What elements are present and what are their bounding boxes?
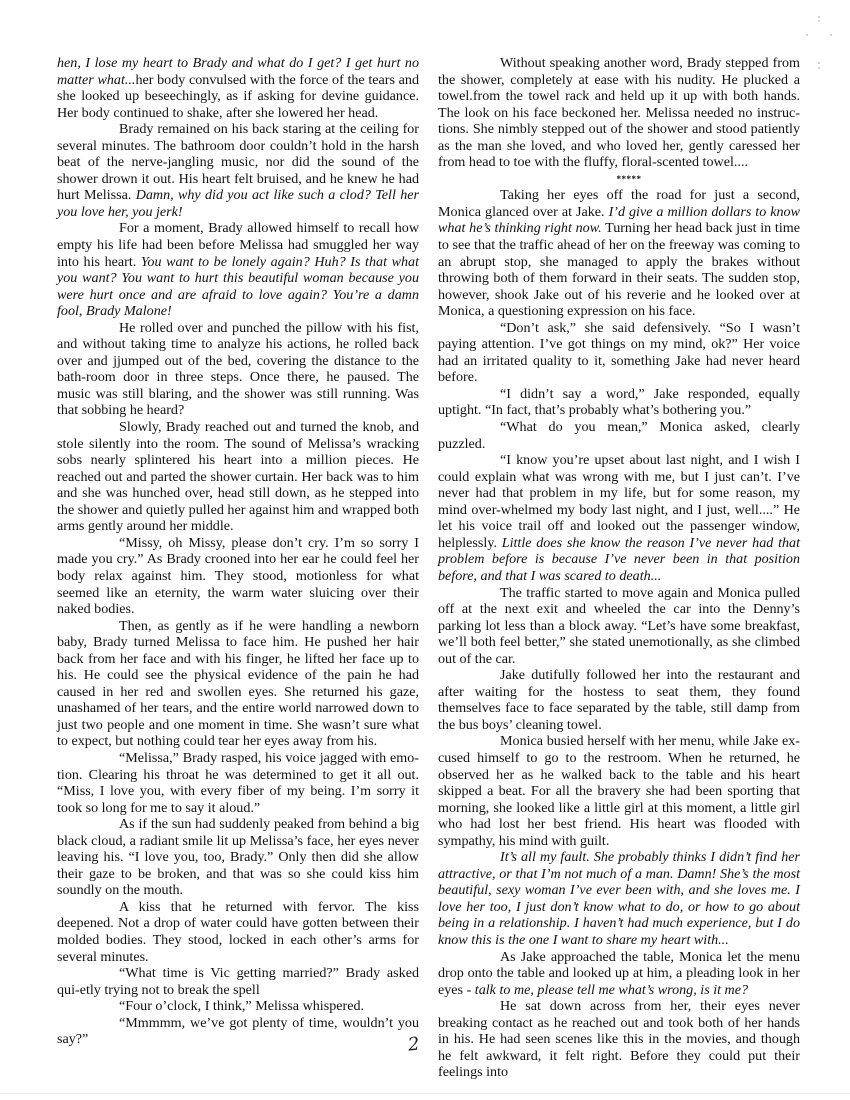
scan-bottom-edge <box>0 1093 850 1094</box>
body-text: Jake dutifully followed her into the res… <box>438 667 800 733</box>
page-number: 2 <box>407 1033 421 1055</box>
paragraph: A kiss that he returned with fervor. The… <box>57 899 419 965</box>
body-text: As if the sun had suddenly peaked from b… <box>57 816 419 898</box>
body-text: “Missy, oh Missy, please don’t cry. I’m … <box>57 535 419 617</box>
body-text: “What do you mean,” Monica asked, clearl… <box>438 419 800 452</box>
body-text: He sat down across from her, their eyes … <box>438 998 800 1080</box>
body-text: He rolled over and punched the pillow wi… <box>57 320 419 419</box>
italic-text: talk to me, please tell me what’s wrong,… <box>475 982 748 998</box>
body-text: The traffic started to move again and Mo… <box>438 585 800 667</box>
left-column: hen, I lose my heart to Brady and what d… <box>57 55 419 1048</box>
paragraph: “I didn’t say a word,” Jake responded, e… <box>438 386 800 419</box>
paragraph: “Missy, oh Missy, please don’t cry. I’m … <box>57 535 419 618</box>
body-text: “Don’t ask,” she said defensively. “So I… <box>438 320 800 386</box>
body-text: “Four o’clock, I think,” Melissa whisper… <box>119 998 364 1014</box>
body-text: “What time is Vic getting married?” Brad… <box>57 965 419 998</box>
paragraph: “Don’t ask,” she said defensively. “So I… <box>438 320 800 386</box>
paragraph: Then, as gently as if he were handling a… <box>57 618 419 750</box>
paragraph: The traffic started to move again and Mo… <box>438 585 800 668</box>
paragraph: He rolled over and punched the pillow wi… <box>57 320 419 419</box>
scan-artifact-marks <box>802 10 832 70</box>
paragraph: Slowly, Brady reached out and turned the… <box>57 419 419 535</box>
body-text: “Melissa,” Brady rasped, his voice jagge… <box>57 750 419 816</box>
paragraph: He sat down across from her, their eyes … <box>438 998 800 1081</box>
body-text: Monica busied herself with her menu, whi… <box>438 733 800 848</box>
paragraph: “What time is Vic getting married?” Brad… <box>57 965 419 998</box>
paragraph: “I know you’re upset about last night, a… <box>438 452 800 584</box>
paragraph: hen, I lose my heart to Brady and what d… <box>57 55 419 121</box>
paragraph: “Four o’clock, I think,” Melissa whisper… <box>57 998 419 1015</box>
paragraph: “What do you mean,” Monica asked, clearl… <box>438 419 800 452</box>
body-text: Without speaking another word, Brady ste… <box>438 55 800 170</box>
body-text: “Mmmmm, we’ve got plenty of time, wouldn… <box>57 1015 419 1048</box>
paragraph: Jake dutifully followed her into the res… <box>438 667 800 733</box>
body-text: A kiss that he returned with fervor. The… <box>57 899 419 965</box>
paragraph: Brady remained on his back staring at th… <box>57 121 419 220</box>
paragraph: As Jake approached the table, Monica let… <box>438 949 800 999</box>
paragraph: As if the sun had suddenly peaked from b… <box>57 816 419 899</box>
scene-break: ***** <box>438 171 800 188</box>
paragraph: It’s all my fault. She probably thinks I… <box>438 849 800 948</box>
italic-text: It’s all my fault. She probably thinks I… <box>438 849 800 948</box>
document-page: hen, I lose my heart to Brady and what d… <box>0 0 850 1100</box>
body-text: Then, as gently as if he were handling a… <box>57 618 419 750</box>
paragraph: Taking her eyes off the road for just a … <box>438 187 800 319</box>
paragraph: “Mmmmm, we’ve got plenty of time, wouldn… <box>57 1015 419 1048</box>
paragraph: Monica busied herself with her menu, whi… <box>438 733 800 849</box>
paragraph: “Melissa,” Brady rasped, his voice jagge… <box>57 750 419 816</box>
body-text: Slowly, Brady reached out and turned the… <box>57 419 419 534</box>
right-column: Without speaking another word, Brady ste… <box>438 55 800 1081</box>
paragraph: For a moment, Brady allowed himself to r… <box>57 220 419 319</box>
paragraph: Without speaking another word, Brady ste… <box>438 55 800 171</box>
body-text: “I didn’t say a word,” Jake responded, e… <box>438 386 800 419</box>
